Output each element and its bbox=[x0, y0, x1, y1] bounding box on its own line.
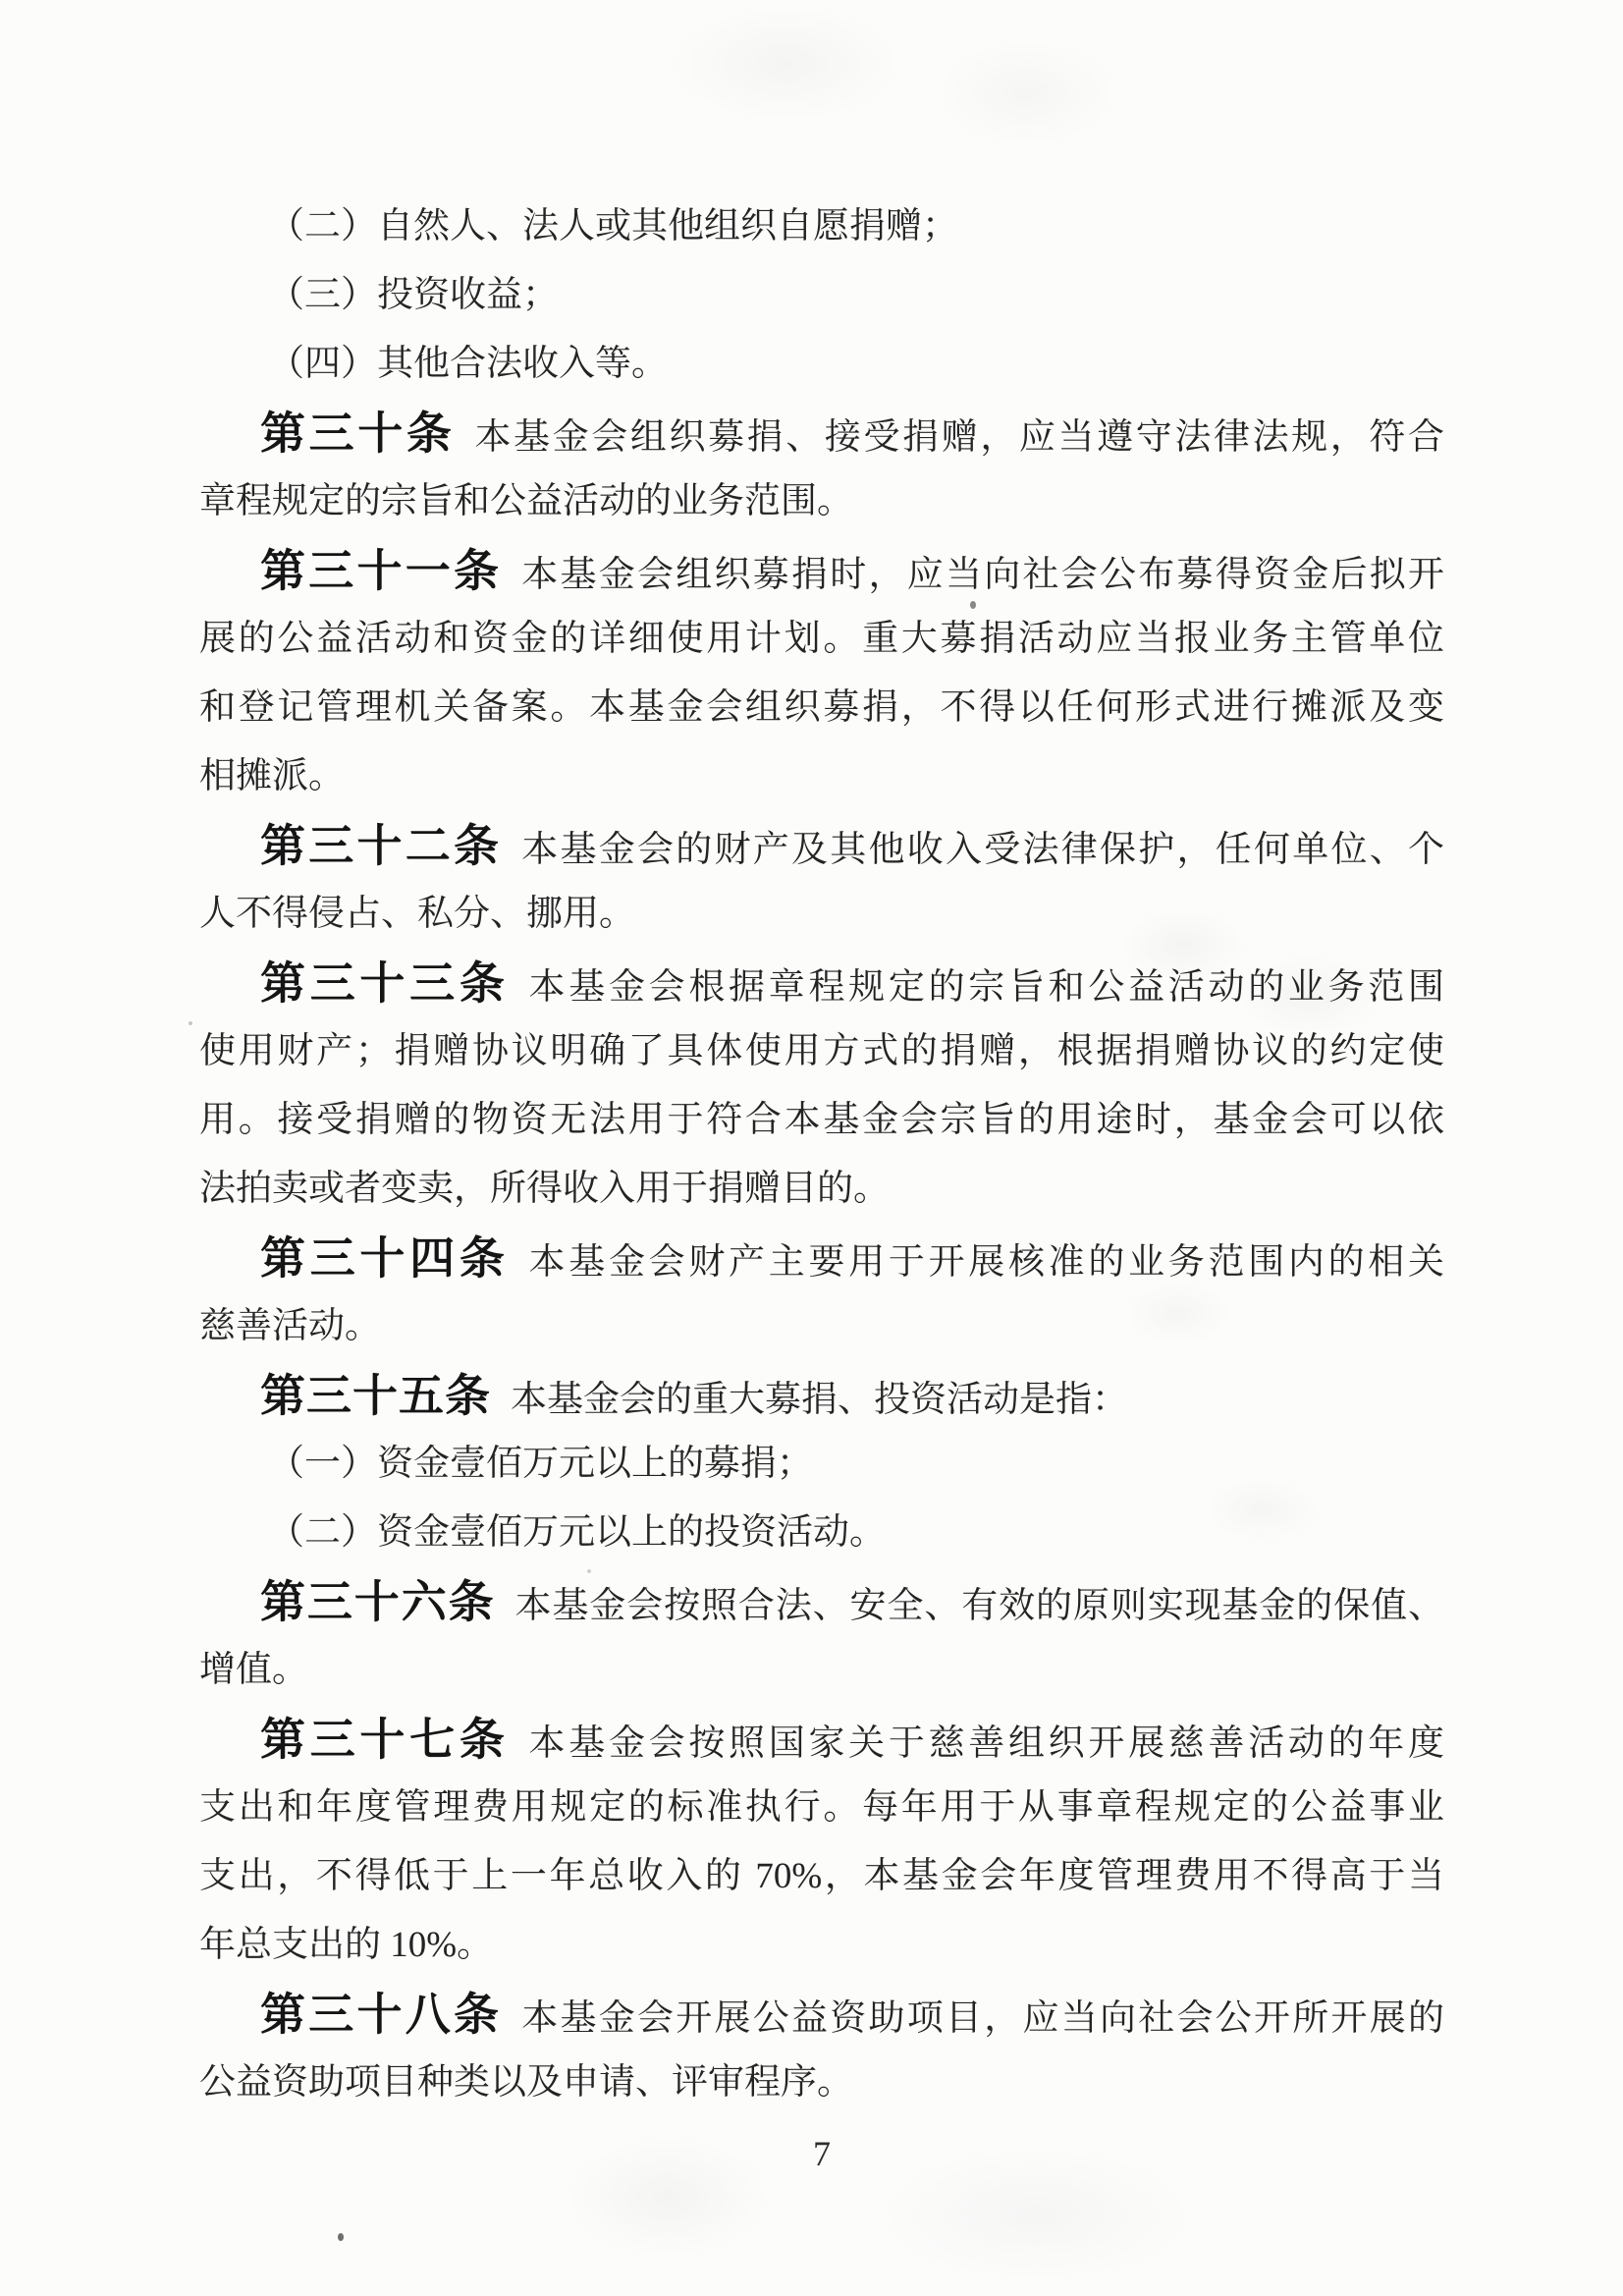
text-line: 展的公益活动和资金的详细使用计划。重大募捐活动应当报业务主管单位 bbox=[199, 605, 1444, 674]
article-number: 第三十条 bbox=[260, 408, 455, 459]
text-line: 相摊派。 bbox=[199, 742, 1444, 811]
text-line: 第三十五条本基金会的重大募捐、投资活动是指： bbox=[199, 1361, 1444, 1430]
text-line: 第三十一条本基金会组织募捐时，应当向社会公布募得资金后拟开 bbox=[199, 536, 1444, 605]
text-line: 第三十八条本基金会开展公益资助项目，应当向社会公开所开展的 bbox=[199, 1980, 1444, 2049]
article-number: 第三十二条 bbox=[260, 820, 502, 871]
text-line: 法拍卖或者变卖，所得收入用于捐赠目的。 bbox=[199, 1155, 1444, 1224]
text-line: （四）其他合法收入等。 bbox=[199, 330, 1444, 399]
text-line: 支出和年度管理费用规定的标准执行。每年用于从事章程规定的公益事业 bbox=[199, 1774, 1444, 1842]
text-line: （二）自然人、法人或其他组织自愿捐赠； bbox=[199, 192, 1444, 261]
text-line: 章程规定的宗旨和公益活动的业务范围。 bbox=[199, 467, 1444, 536]
text-line: （二）资金壹佰万元以上的投资活动。 bbox=[199, 1499, 1444, 1567]
text-line: 公益资助项目种类以及申请、评审程序。 bbox=[199, 2049, 1444, 2117]
text-line: 第三十四条本基金会财产主要用于开展核准的业务范围内的相关 bbox=[199, 1224, 1444, 1292]
text-line: 使用财产；捐赠协议明确了具体使用方式的捐赠，根据捐赠协议的约定使 bbox=[199, 1017, 1444, 1086]
text-line: 第三十三条本基金会根据章程规定的宗旨和公益活动的业务范围 bbox=[199, 949, 1444, 1017]
article-number: 第三十五条 bbox=[260, 1370, 491, 1421]
text-line: 用。接受捐赠的物资无法用于符合本基金会宗旨的用途时，基金会可以依 bbox=[199, 1086, 1444, 1155]
article-number: 第三十一条 bbox=[260, 545, 502, 596]
scan-speck bbox=[189, 1021, 192, 1025]
text-line: 支出，不得低于上一年总收入的 70%，本基金会年度管理费用不得高于当 bbox=[199, 1842, 1444, 1911]
scan-speck bbox=[338, 2233, 344, 2241]
scan-smudge bbox=[933, 39, 1119, 147]
text-line: 第三十条本基金会组织募捐、接受捐赠，应当遵守法律法规，符合 bbox=[199, 399, 1444, 467]
document-page: （二）自然人、法人或其他组织自愿捐赠；（三）投资收益；（四）其他合法收入等。第三… bbox=[0, 0, 1623, 2296]
page-number: 7 bbox=[199, 2119, 1444, 2188]
charter-text-block: （二）自然人、法人或其他组织自愿捐赠；（三）投资收益；（四）其他合法收入等。第三… bbox=[199, 192, 1444, 2117]
article-number: 第三十三条 bbox=[260, 957, 510, 1009]
scan-smudge bbox=[668, 5, 903, 123]
text-line: 第三十二条本基金会的财产及其他收入受法律保护，任何单位、个 bbox=[199, 811, 1444, 880]
text-line: 慈善活动。 bbox=[199, 1292, 1444, 1361]
text-line: 人不得侵占、私分、挪用。 bbox=[199, 880, 1444, 949]
article-number: 第三十八条 bbox=[260, 1989, 502, 2040]
article-number: 第三十七条 bbox=[260, 1714, 510, 1765]
text-line: 第三十六条本基金会按照合法、安全、有效的原则实现基金的保值、 bbox=[199, 1567, 1444, 1636]
text-line: 年总支出的 10%。 bbox=[199, 1911, 1444, 1980]
article-number: 第三十六条 bbox=[260, 1576, 495, 1627]
text-line: 增值。 bbox=[199, 1636, 1444, 1705]
text-line: （三）投资收益； bbox=[199, 261, 1444, 330]
text-line: （一）资金壹佰万元以上的募捐； bbox=[199, 1430, 1444, 1499]
text-line: 第三十七条本基金会按照国家关于慈善组织开展慈善活动的年度 bbox=[199, 1705, 1444, 1774]
text-line: 和登记管理机关备案。本基金会组织募捐，不得以任何形式进行摊派及变 bbox=[199, 674, 1444, 742]
article-number: 第三十四条 bbox=[260, 1232, 510, 1284]
